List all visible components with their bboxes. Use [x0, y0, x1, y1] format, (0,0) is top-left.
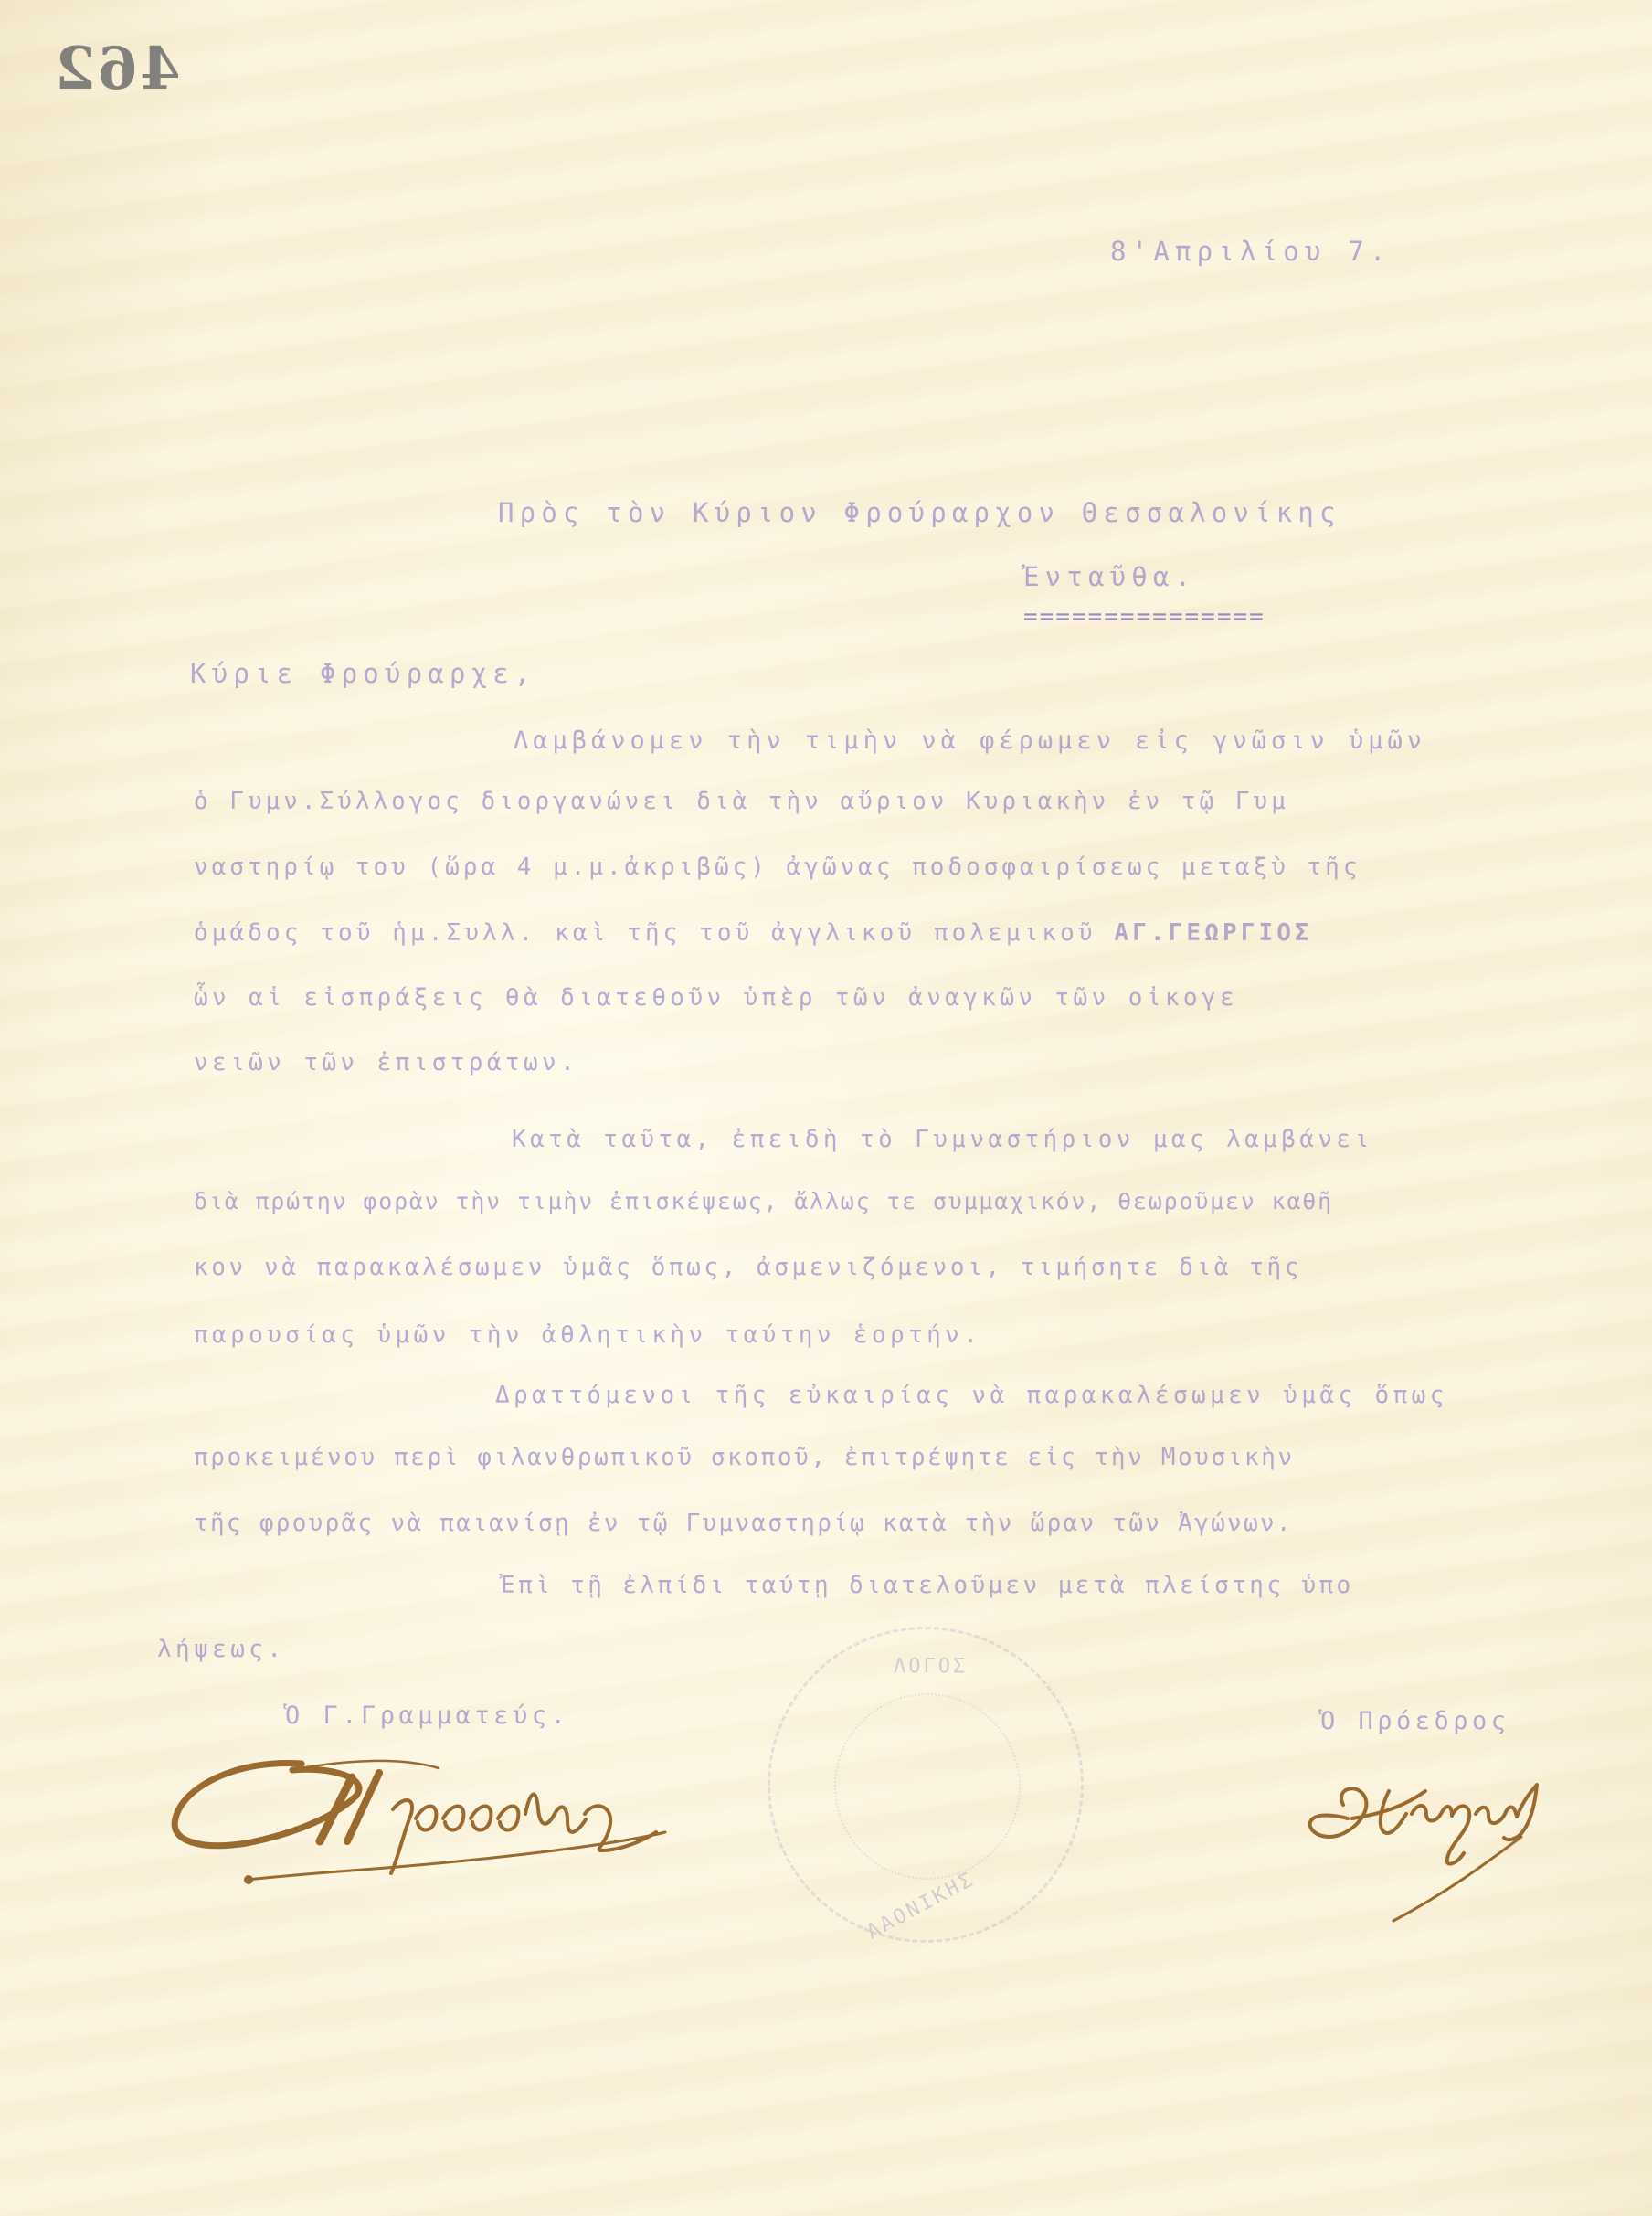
body-line: λήψεως. — [157, 1636, 285, 1663]
president-signature: Δ.Λεμάνης — [1302, 1764, 1576, 1928]
secretary-title: Ὁ Γ.Γραμματεύς. — [285, 1702, 569, 1730]
body-line: ὁμάδος τοῦ ἡμ.Συλλ. καὶ τῆς τοῦ ἀγγλικοῦ… — [194, 919, 1313, 947]
salutation: Κύριε Φρούραρχε, — [190, 658, 536, 689]
body-line: διὰ πρώτην φορὰν τὴν τιμὴν ἐπισκέψεως, ἄ… — [194, 1188, 1333, 1214]
body-line: νειῶν τῶν ἐπιστράτων. — [194, 1049, 578, 1076]
president-title: Ὁ Πρόεδρος — [1320, 1707, 1510, 1735]
letter-date: 8'Απριλίου 7. — [1110, 236, 1392, 267]
body-line: κον νὰ παρακαλέσωμεν ὑμᾶς ὅπως, ἀσμενιζό… — [194, 1254, 1302, 1281]
body-line: παρουσίας ὑμῶν τὴν ἀθλητικὴν ταύτην ἑορτ… — [194, 1321, 981, 1349]
addressee-underline: =============== — [1023, 603, 1265, 631]
body-line: Ἐπὶ τῇ ἐλπίδι ταύτῃ διατελοῦμεν μετὰ πλε… — [501, 1572, 1354, 1599]
body-line: ναστηρίῳ του (ὥρα 4 μ.μ.ἀκριβῶς) ἀγῶνας … — [194, 854, 1361, 881]
body-line: τῆς φρουρᾶς νὰ παιανίσῃ ἐν τῷ Γυμναστηρί… — [194, 1510, 1293, 1537]
ship-name: ΑΓ.ΓΕΩΡΓΙΟΣ — [1114, 919, 1312, 947]
folio-number: 462 — [53, 35, 181, 103]
stamp-text-bottom: ΛΑΟΝΙΚΗΣ — [863, 1868, 979, 1944]
body-line: Κατὰ ταῦτα, ἐπειδὴ τὸ Γυμναστήριον μας λ… — [512, 1126, 1373, 1153]
body-line: προκειμένου περὶ φιλανθρωπικοῦ σκοποῦ, ἐ… — [194, 1444, 1295, 1471]
body-line: Λαμβάνομεν τὴν τιμὴν νὰ φέρωμεν εἰς γνῶσ… — [514, 726, 1426, 755]
addressee-line-2: Ἐνταῦθα. — [1023, 561, 1196, 592]
addressee-line-1: Πρὸς τὸν Κύριον Φρούραρχον Θεσσαλονίκης — [498, 497, 1341, 528]
secretary-signature: Α.Ηρακλεώτης — [164, 1741, 749, 1887]
body-line: ὧν αἱ εἰσπράξεις θὰ διατεθοῦν ὑπὲρ τῶν ἀ… — [194, 984, 1238, 1012]
official-seal-stamp: ΛΟΓΟΣ ΛΑΟΝΙΚΗΣ — [768, 1627, 1084, 1943]
body-line: ὁ Γυμν.Σύλλογος διοργανώνει διὰ τὴν αὔρι… — [194, 788, 1289, 815]
body-line: Δραττόμενοι τῆς εὐκαιρίας νὰ παρακαλέσωμ… — [495, 1382, 1448, 1409]
stamp-text-top: ΛΟΓΟΣ — [894, 1655, 968, 1678]
